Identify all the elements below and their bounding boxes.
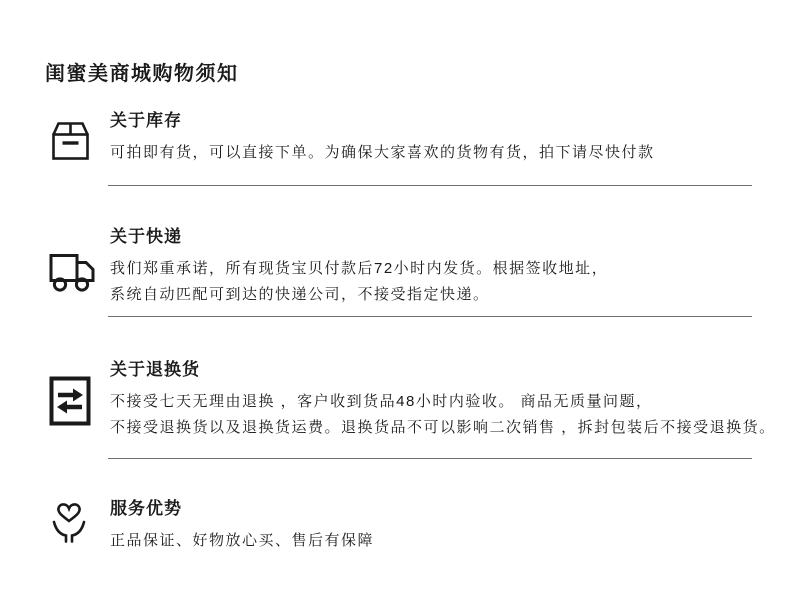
shopping-notice-page: 闺蜜美商城购物须知 关于库存 可拍即有货，可以直接下单。为确保大家喜欢的货物有货… xyxy=(0,0,800,600)
exchange-arrows-icon xyxy=(49,376,91,426)
section-text-line: 系统自动匹配可到达的快递公司，不接受指定快递。 xyxy=(110,282,608,308)
section-text-line: 可拍即有货，可以直接下单。为确保大家喜欢的货物有货，拍下请尽快付款 xyxy=(110,140,655,166)
section-heading: 关于库存 xyxy=(110,109,655,133)
divider xyxy=(108,316,752,317)
section-heading: 关于退换货 xyxy=(110,358,776,382)
section-heading: 关于快递 xyxy=(110,225,608,249)
section-text-line: 我们郑重承诺，所有现货宝贝付款后72小时内发货。根据签收地址， xyxy=(110,256,608,282)
section-delivery: 关于快递 我们郑重承诺，所有现货宝贝付款后72小时内发货。根据签收地址， 系统自… xyxy=(110,225,608,308)
section-text-line: 不接受七天无理由退换 ，客户收到货品48小时内验收。 商品无质量问题， xyxy=(110,389,776,415)
section-returns: 关于退换货 不接受七天无理由退换 ，客户收到货品48小时内验收。 商品无质量问题… xyxy=(110,358,776,441)
box-icon xyxy=(48,120,93,162)
section-heading: 服务优势 xyxy=(110,497,374,521)
truck-icon xyxy=(48,251,96,295)
divider xyxy=(108,185,752,186)
divider xyxy=(108,458,752,459)
section-service: 服务优势 正品保证、好物放心买、售后有保障 xyxy=(110,497,374,554)
section-inventory: 关于库存 可拍即有货，可以直接下单。为确保大家喜欢的货物有货，拍下请尽快付款 xyxy=(110,109,655,166)
section-text-line: 不接受退换货以及退换货运费。退换货品不可以影响二次销售 ，拆封包装后不接受退换货… xyxy=(110,415,776,441)
heart-in-hands-icon xyxy=(51,498,87,544)
section-text-line: 正品保证、好物放心买、售后有保障 xyxy=(110,528,374,554)
page-title: 闺蜜美商城购物须知 xyxy=(45,57,239,86)
